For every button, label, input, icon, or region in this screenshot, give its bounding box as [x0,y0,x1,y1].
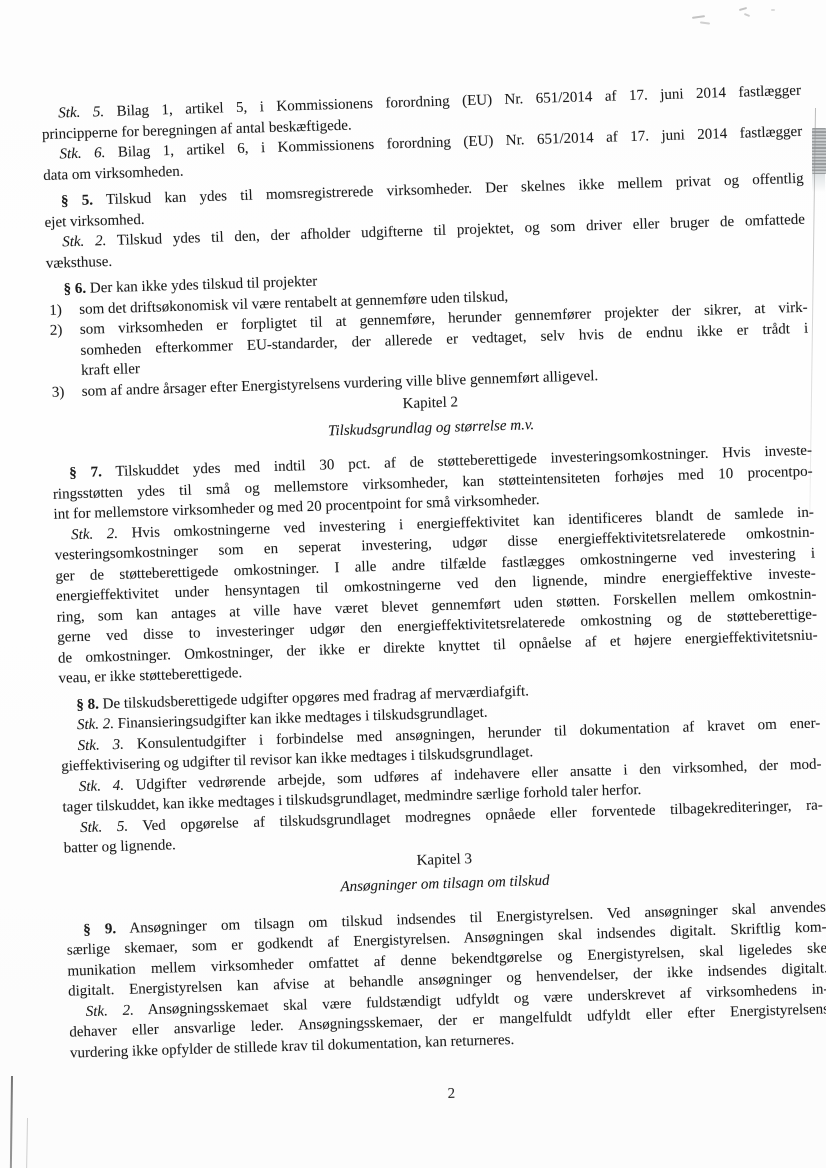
stk-label: Stk. 2. [62,233,107,250]
paragraph-symbol-label: § 8. [76,696,99,713]
stk-label: Stk. 3. [77,736,124,753]
stk-label: Stk. 5. [58,104,104,121]
pencil-mark [692,15,705,19]
line-text: batter og lignende. [64,837,176,856]
line-text: Ansøgninger om tilsagn om tilskud [340,873,550,895]
pencil-mark [739,7,747,11]
stk-label: Stk. 2. [85,1002,134,1019]
line-text: ejet virksomhed. [44,211,144,230]
stk-label: Stk. 6. [59,145,105,162]
stk-label: Stk. 5. [80,818,128,835]
page-number: 2 [71,1072,826,1116]
line-text: Kapitel 2 [402,394,458,412]
pencil-mark [771,9,775,11]
line-text: kraft eller [81,361,140,379]
scan-text-area: Stk. 5. Bilag 1, artikel 5, i Kommission… [41,81,826,1116]
scan-edge-line-bottom-left-2 [26,1118,28,1168]
paragraph-symbol-label: § 9. [83,921,116,938]
line-text: væksthuse. [46,253,113,271]
list-marker: 2) [50,320,63,341]
line-text: Tilskudsgrundlag og størrelse m.v. [328,417,535,439]
pencil-mark [700,21,710,24]
list-marker: 1) [49,300,62,321]
scan-edge-line-bottom-left [10,1076,13,1168]
line-text: veau, er ikke støtteberettigede. [58,665,242,687]
paragraph-symbol-label: § 7. [69,464,102,481]
line-text: data om virksomheden. [43,163,184,183]
line-text: Kapitel 3 [416,851,472,869]
text-block: Stk. 5. Bilag 1, artikel 5, i Kommission… [41,81,826,1064]
stk-label: Stk. 2. [77,716,115,733]
paragraph-symbol-label: § 6. [63,281,86,298]
paragraph-symbol-label: § 5. [61,192,94,209]
scanned-document-page: Stk. 5. Bilag 1, artikel 5, i Kommission… [0,0,826,1168]
pencil-mark [744,13,750,17]
stk-label: Stk. 2. [71,525,118,542]
stk-label: Stk. 4. [79,777,125,794]
list-marker: 3) [52,382,65,403]
